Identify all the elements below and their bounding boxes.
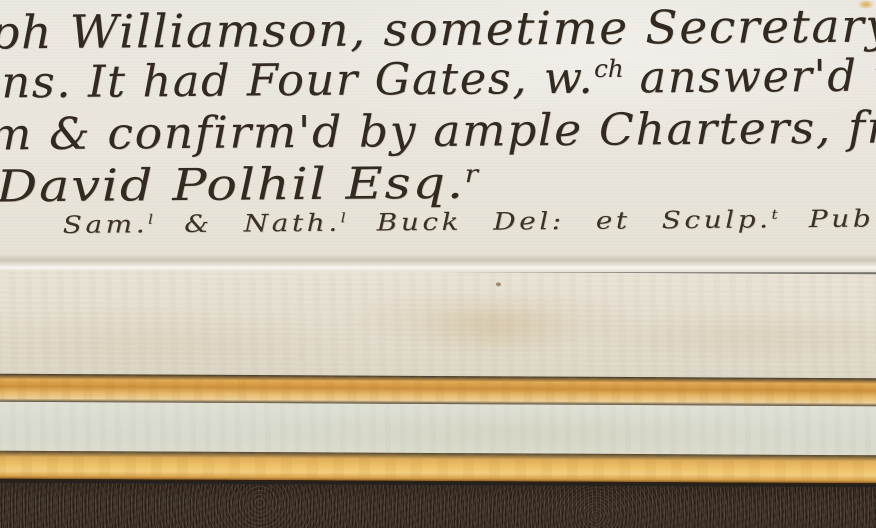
- print-paper: ph Williamson, sometime Secretary ins. I…: [0, 0, 876, 272]
- frame-background: [0, 483, 876, 528]
- inscription-text: m & confirm'd by ample Charters, fr: [0, 102, 876, 160]
- superscript: r: [465, 160, 479, 188]
- framed-print-photo: ph Williamson, sometime Secretary ins. I…: [0, 0, 876, 528]
- gilt-speck: [858, 0, 874, 9]
- fox-mark-speck: [496, 282, 501, 286]
- inscription-text: ph Williamson, sometime Secretary: [0, 0, 876, 60]
- inscription-text: answer'd t: [624, 50, 876, 103]
- credit-text: Sam.: [63, 210, 149, 239]
- credit-text: Buck Del: et Sculp.: [346, 205, 772, 236]
- mat-slip-band: [0, 402, 876, 456]
- gilt-line-lower: [0, 451, 876, 486]
- credit-text: & Nath.: [153, 209, 341, 238]
- inscription-line-3: m & confirm'd by ample Charters, fr: [0, 106, 876, 157]
- stain-mark: [406, 300, 586, 361]
- mount-and-frame: [0, 270, 876, 528]
- inscription-line-4: David Polhil Esq.r: [0, 162, 478, 210]
- mount-bevel: [0, 270, 876, 379]
- engraver-credit-line: Sam.l & Nath.l Buck Del: et Sculp.t Pub: [63, 207, 875, 237]
- inscription-block: ph Williamson, sometime Secretary ins. I…: [0, 0, 876, 272]
- superscript: ch: [594, 55, 624, 83]
- inscription-line-2: ins. It had Four Gates, w.ch answer'd t: [0, 54, 876, 105]
- inscription-text: ins. It had Four Gates, w.: [0, 53, 594, 109]
- inscription-text: David Polhil Esq.: [0, 158, 465, 213]
- credit-text: Pub: [778, 205, 875, 234]
- inscription-line-1: ph Williamson, sometime Secretary: [0, 2, 876, 55]
